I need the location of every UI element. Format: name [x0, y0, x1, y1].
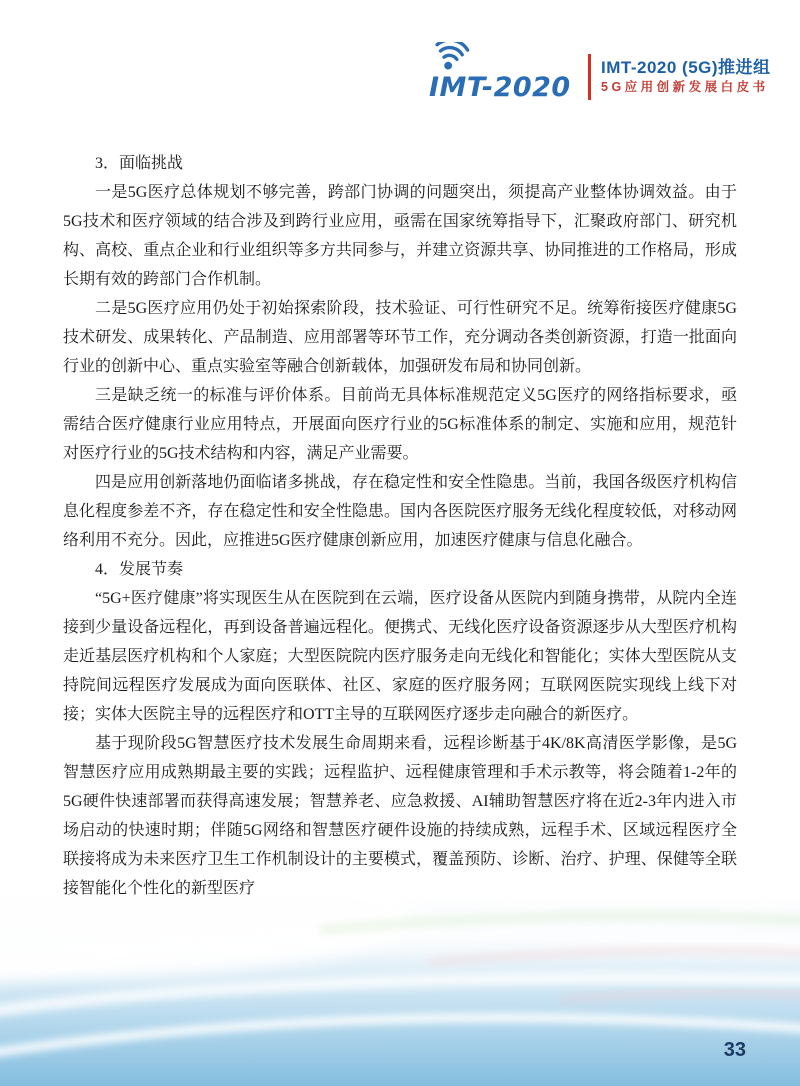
org-name: IMT-2020 (5G)推进组 [601, 57, 771, 78]
section-heading: 4．发展节奏 [63, 555, 737, 584]
footer-wave-decoration: 33 [0, 896, 800, 1086]
page-number: 33 [724, 1039, 746, 1062]
document-page: IMT-2020 IMT-2020 (5G)推进组 5G应用创新发展白皮书 3．… [0, 0, 800, 1086]
doc-title: 5G应用创新发展白皮书 [601, 78, 771, 96]
section-challenges: 3．面临挑战 一是5G医疗总体规划不够完善，跨部门协调的问题突出，须提高产业整体… [63, 149, 737, 555]
page-header: IMT-2020 IMT-2020 (5G)推进组 5G应用创新发展白皮书 [428, 42, 771, 111]
body-paragraph: 三是缺乏统一的标准与评价体系。目前尚无具体标准规范定义5G医疗的网络指标要求，亟… [63, 381, 737, 468]
wifi-icon [433, 42, 468, 71]
body-paragraph: 一是5G医疗总体规划不够完善，跨部门协调的问题突出，须提高产业整体协调效益。由于… [63, 178, 737, 294]
body-paragraph: 四是应用创新落地仍面临诸多挑战，存在稳定性和安全性隐患。当前，我国各级医疗机构信… [63, 468, 737, 555]
section-development-pace: 4．发展节奏 “5G+医疗健康”将实现医生从在医院到在云端，医疗设备从医院内到随… [63, 555, 737, 903]
section-heading: 3．面临挑战 [63, 149, 737, 178]
header-divider [588, 54, 591, 100]
logo-wordmark: IMT-2020 [429, 72, 571, 103]
body-paragraph: 二是5G医疗应用仍处于初始探索阶段，技术验证、可行性研究不足。统筹衔接医疗健康5… [63, 294, 737, 381]
imt2020-logo: IMT-2020 [428, 42, 580, 111]
document-body: 3．面临挑战 一是5G医疗总体规划不够完善，跨部门协调的问题突出，须提高产业整体… [63, 149, 737, 903]
header-titles: IMT-2020 (5G)推进组 5G应用创新发展白皮书 [601, 57, 771, 96]
body-paragraph: 基于现阶段5G智慧医疗技术发展生命周期来看，远程诊断基于4K/8K高清医学影像，… [63, 729, 737, 903]
body-paragraph: “5G+医疗健康”将实现医生从在医院到在云端，医疗设备从医院内到随身携带，从院内… [63, 584, 737, 729]
